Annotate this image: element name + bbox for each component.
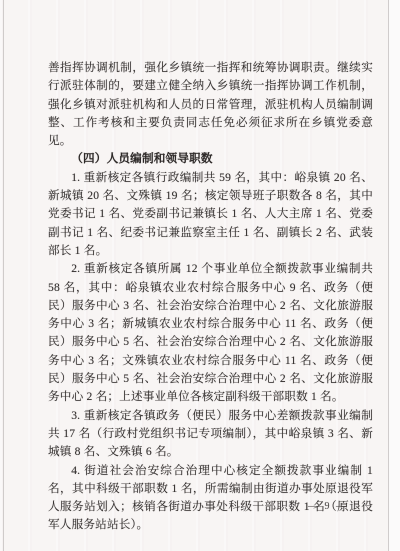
numbered-item-1: 1. 重新核定各镇行政编制共 59 名，其中：峪泉镇 20 名、新城镇 20 名… (48, 169, 373, 260)
numbered-item-2: 2. 重新核定各镇所属 12 个事业单位全额拨款事业编制共 58 名，其中：峪泉… (48, 260, 373, 406)
body-paragraph-continuation: 善指挥协调机制，强化乡镇统一指挥和统筹协调职责。继续实行派驻体制的，要建立健全纳… (48, 59, 373, 150)
section-heading-personnel-quota: （四）人员编制和领导职数 (48, 150, 373, 168)
page-edge-left (3, 0, 4, 551)
numbered-item-4: 4. 街道社会治安综合治理中心核定全额拨款事业编制 1 名，其中科级干部职数 1… (48, 462, 373, 535)
numbered-item-3: 3. 重新核定各镇政务（便民）服务中心差额拨款事业编制共 17 名（行政村党组织… (48, 407, 373, 462)
page-edge-right (388, 0, 389, 551)
scanned-document-page: 善指挥协调机制，强化乡镇统一指挥和统筹协调职责。继续实行派驻体制的，要建立健全纳… (0, 0, 400, 551)
document-body: 善指挥协调机制，强化乡镇统一指挥和统筹协调职责。继续实行派驻体制的，要建立健全纳… (48, 59, 373, 535)
scan-gutter-right (389, 0, 400, 551)
page-number: — 9 — (308, 501, 348, 512)
